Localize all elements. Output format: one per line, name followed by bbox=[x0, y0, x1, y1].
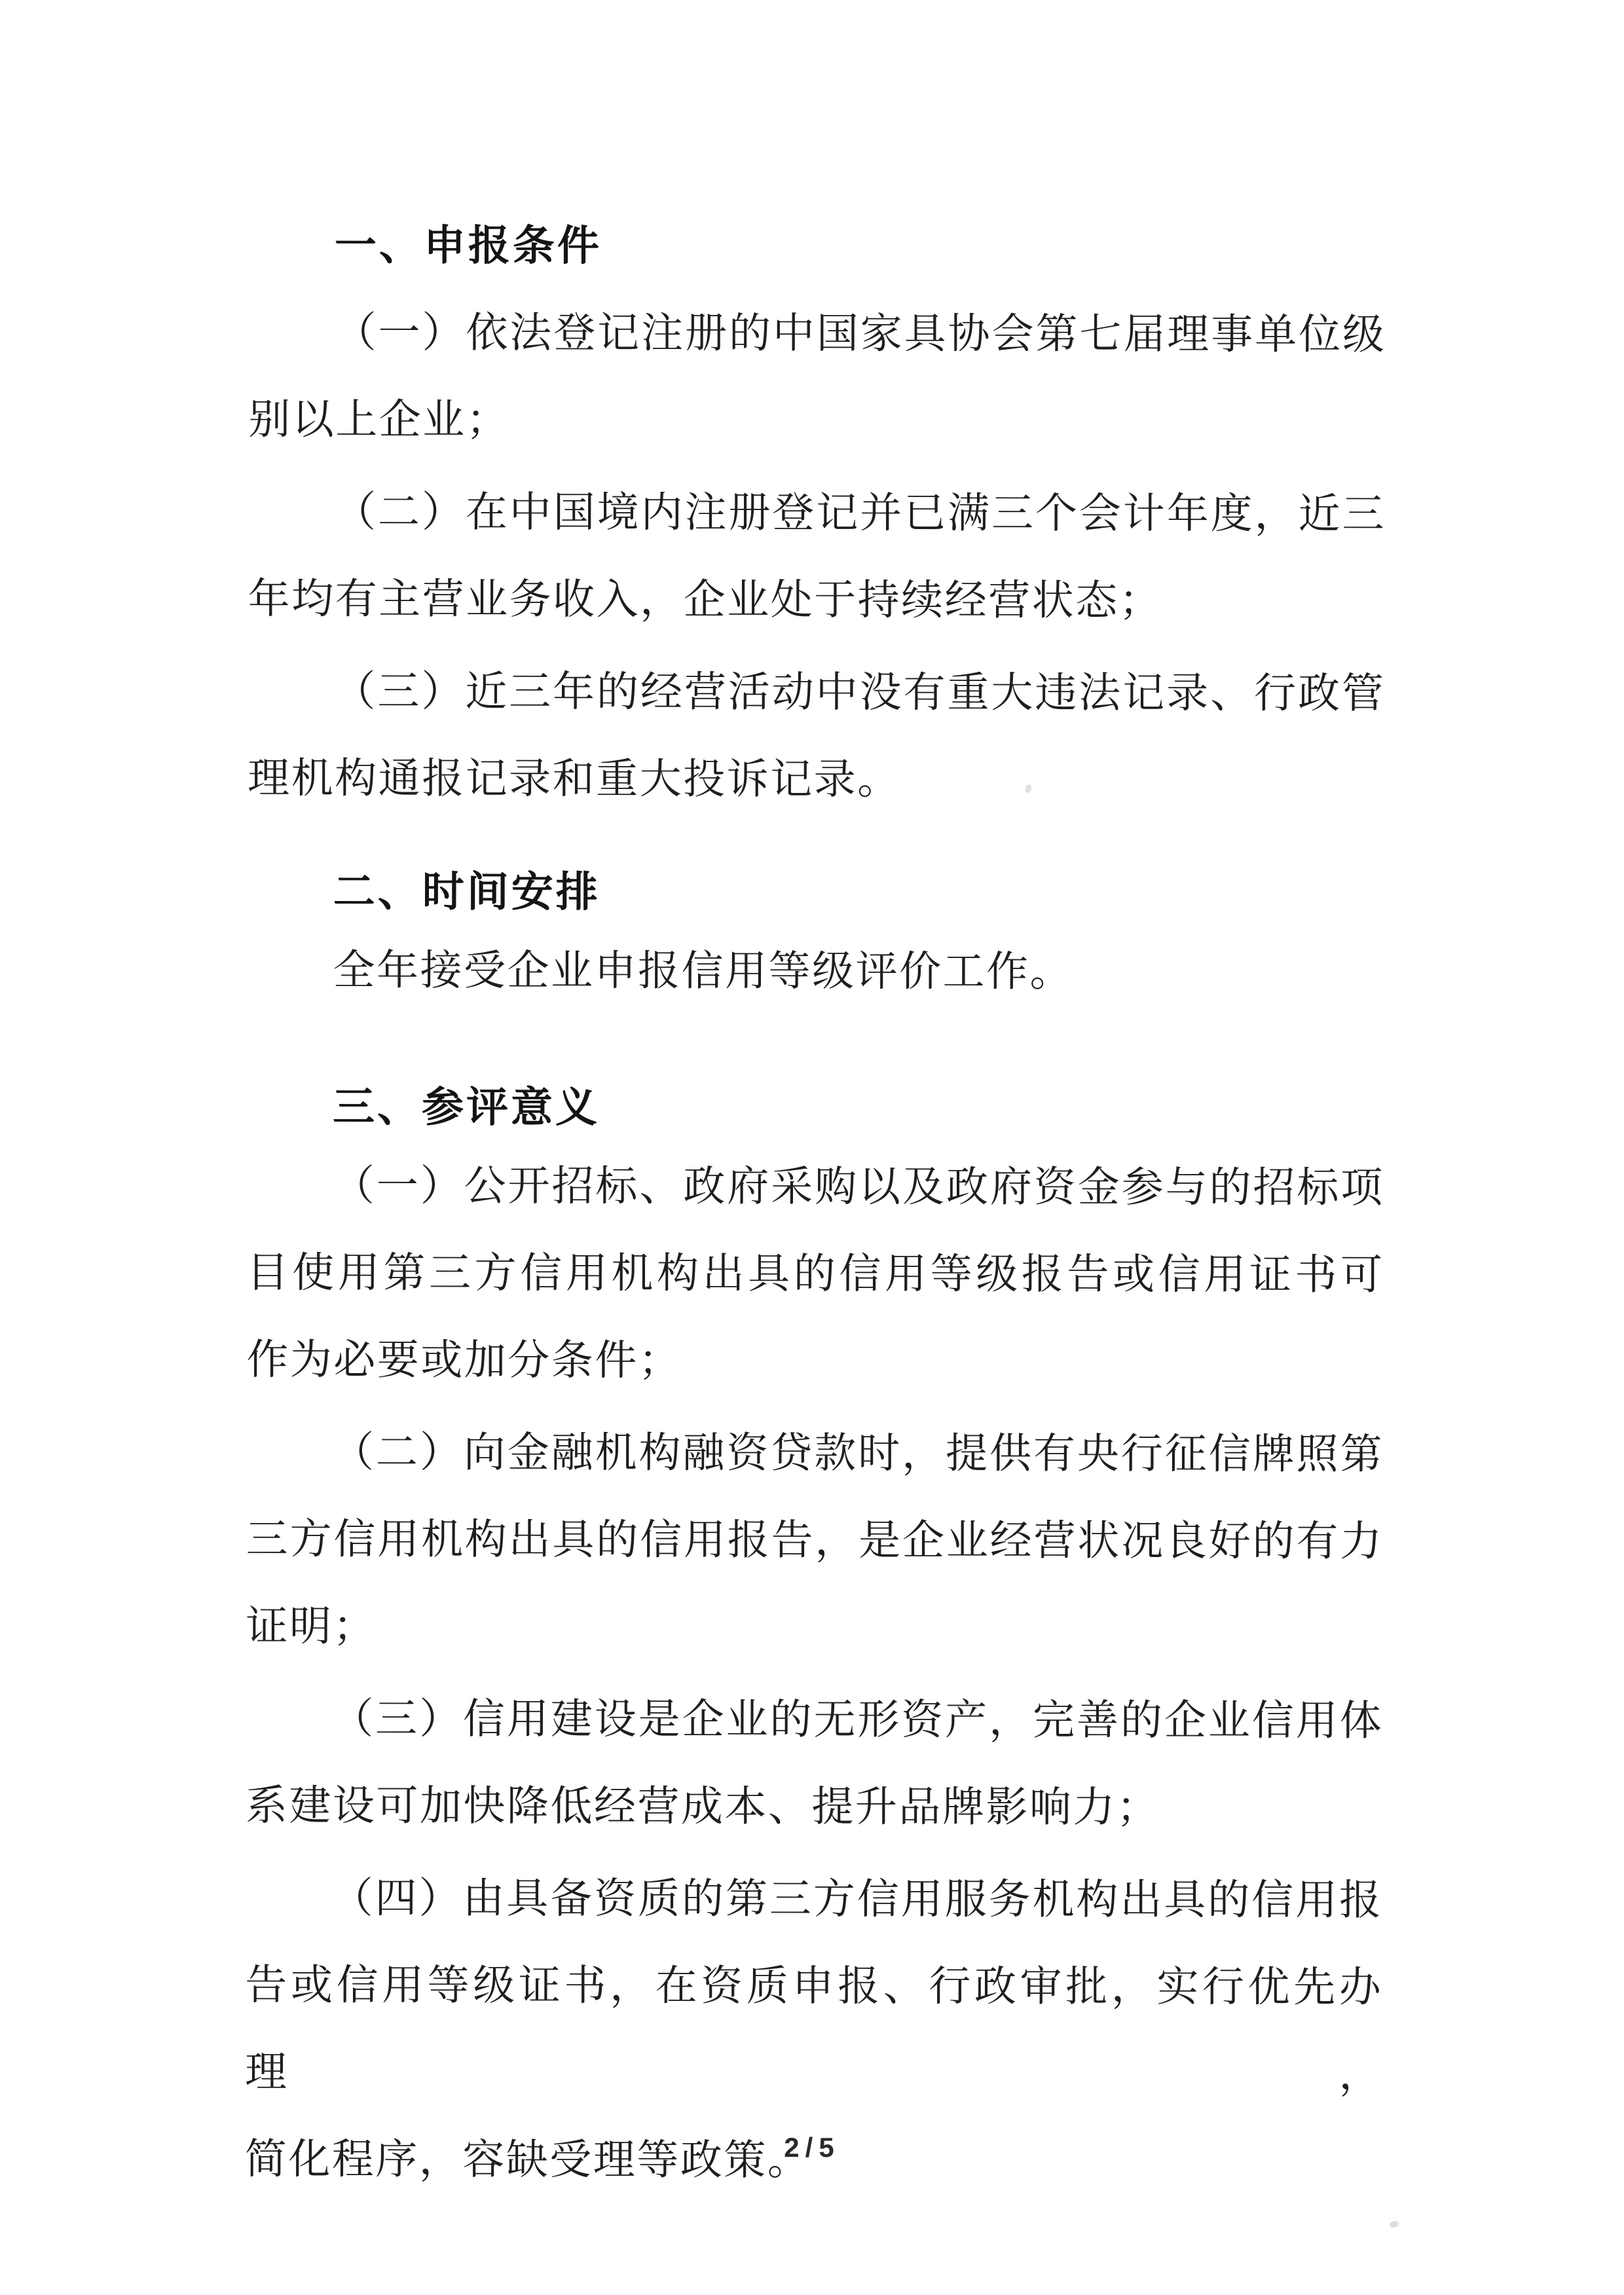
paragraph-line: （三）近三年的经营活动中没有重大违法记录、行政管 bbox=[248, 648, 1385, 737]
paragraph-line: （二）在中国境内注册登记并已满三个会计年度，近三 bbox=[248, 468, 1386, 558]
section-heading: 三、参评意义 bbox=[247, 1063, 1384, 1153]
paragraph-line: 年均有主营业务收入，企业处于持续经营状态； bbox=[248, 555, 1386, 645]
paragraph-line: （四）由具备资质的第三方信用服务机构出具的信用报 bbox=[245, 1854, 1382, 1944]
paragraph-line: 全年接受企业申报信用等级评价工作。 bbox=[247, 927, 1384, 1016]
paragraph-line: 三方信用机构出具的信用报告，是企业经营状况良好的有力 bbox=[246, 1496, 1384, 1585]
paragraph-line: （一）公开招标、政府采购以及政府资金参与的招标项 bbox=[247, 1142, 1384, 1232]
section-heading: 一、申报条件 bbox=[249, 202, 1386, 291]
paragraph: （三）近三年的经营活动中没有重大违法记录、行政管理机构通报记录和重大投诉记录。 bbox=[248, 648, 1386, 824]
paragraph-line: （一）依法登记注册的中国家具协会第七届理事单位级 bbox=[248, 289, 1386, 378]
paragraph-line: （二）向金融机构融资贷款时，提供有央行征信牌照第 bbox=[246, 1408, 1384, 1498]
paragraph: 全年接受企业申报信用等级评价工作。 bbox=[247, 927, 1384, 1016]
section-heading: 二、时间安排 bbox=[248, 848, 1385, 938]
paragraph: （二）向金融机构融资贷款时，提供有央行征信牌照第三方信用机构出具的信用报告，是企… bbox=[246, 1408, 1384, 1672]
document-section: 二、时间安排全年接受企业申报信用等级评价工作。 bbox=[247, 848, 1385, 1016]
paragraph: （一）公开招标、政府采购以及政府资金参与的招标项目使用第三方信用机构出具的信用等… bbox=[246, 1142, 1384, 1406]
paragraph-line: 告或信用等级证书，在资质申报、行政审批，实行优先办理， bbox=[245, 1941, 1383, 2118]
paragraph-line: 理机构通报记录和重大投诉记录。 bbox=[248, 735, 1385, 824]
scanned-page: 一、申报条件（一）依法登记注册的中国家具协会第七届理事单位级别以上企业；（二）在… bbox=[0, 0, 1624, 2295]
paragraph-line: 系建设可加快降低经营成本、提升品牌影响力； bbox=[246, 1762, 1383, 1852]
paragraph-line: 作为必要或加分条件； bbox=[246, 1316, 1384, 1406]
paragraph-line: （三）信用建设是企业的无形资产，完善的企业信用体 bbox=[246, 1675, 1383, 1765]
paragraph-line: 别以上企业； bbox=[248, 376, 1386, 466]
document-section: 一、申报条件（一）依法登记注册的中国家具协会第七届理事单位级别以上企业；（二）在… bbox=[248, 202, 1386, 824]
paragraph-line: 证明； bbox=[246, 1583, 1383, 1672]
paragraph-line: 目使用第三方信用机构出具的信用等级报告或信用证书可 bbox=[246, 1229, 1384, 1319]
scan-artifact bbox=[1389, 2220, 1399, 2229]
page-number: 2/5 bbox=[0, 2132, 1624, 2163]
document-section: 三、参评意义（一）公开招标、政府采购以及政府资金参与的招标项目使用第三方信用机构… bbox=[245, 1063, 1385, 2205]
paragraph: （三）信用建设是企业的无形资产，完善的企业信用体系建设可加快降低经营成本、提升品… bbox=[246, 1675, 1384, 1852]
paragraph: （一）依法登记注册的中国家具协会第七届理事单位级别以上企业； bbox=[248, 289, 1386, 466]
paragraph: （二）在中国境内注册登记并已满三个会计年度，近三年均有主营业务收入，企业处于持续… bbox=[248, 468, 1386, 645]
document-body: 一、申报条件（一）依法登记注册的中国家具协会第七届理事单位级别以上企业；（二）在… bbox=[245, 202, 1386, 2205]
